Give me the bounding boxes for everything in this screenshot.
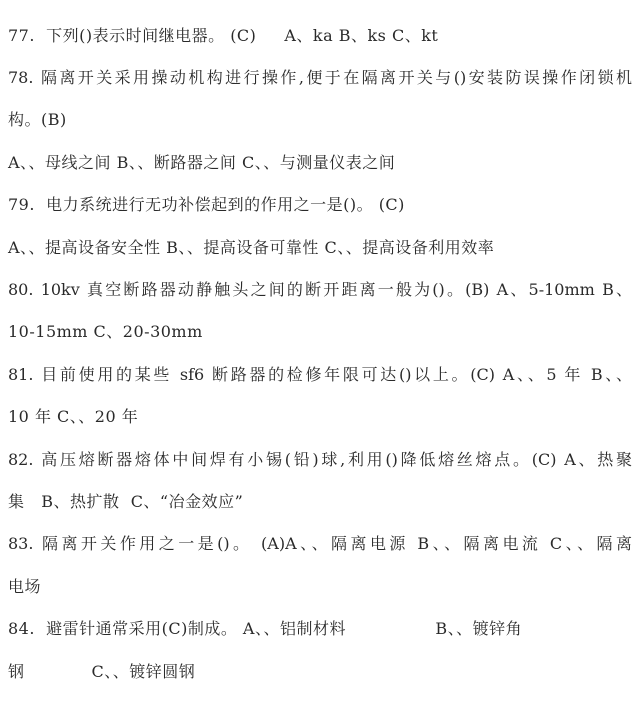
q78-options: A、、母线之间 B、、断路器之间 C、、与测量仪表之间	[8, 151, 395, 175]
q81-line-2: 10 年 C、、20 年	[8, 405, 138, 429]
document-page: 77. 下列()表示时间继电器。 (C) A、ka B、ks C、kt 78. …	[0, 0, 640, 720]
q82-line-1: 82. 高压熔断器熔体中间焊有小锡(铅)球,利用()降低熔丝熔点。(C) A、热…	[8, 448, 632, 472]
q77-line: 77. 下列()表示时间继电器。 (C) A、ka B、ks C、kt	[8, 24, 438, 48]
q79-stem: 79. 电力系统进行无功补偿起到的作用之一是()。 (C)	[8, 193, 405, 217]
q78-stem-line-2: 构。(B)	[8, 108, 67, 132]
q83-line-1: 83. 隔离开关作用之一是()。 (A)A、、隔离电源 B、、隔离电流 C、、隔…	[8, 532, 632, 556]
q79-options: A、、提高设备安全性 B、、提高设备可靠性 C、、提高设备利用效率	[8, 236, 494, 260]
q84-line-2: 钢 C、、镀锌圆钢	[8, 660, 195, 684]
q82-line-2: 集 B、热扩散 C、“冶金效应”	[8, 490, 243, 514]
q78-stem-line-1: 78. 隔离开关采用操动机构进行操作,便于在隔离开关与()安装防误操作闭锁机	[8, 66, 632, 90]
q83-line-2: 电场	[8, 575, 41, 599]
q84-line-1: 84. 避雷针通常采用(C)制成。 A、、铝制材料 B、、镀锌角	[8, 617, 522, 641]
q80-line-1: 80. 10kv 真空断路器动静触头之间的断开距离一般为()。(B) A、5-1…	[8, 278, 632, 302]
q81-line-1: 81. 目前使用的某些 sf6 断路器的检修年限可达()以上。(C) A、、5 …	[8, 363, 632, 387]
q80-line-2: 10-15mm C、20-30mm	[8, 320, 203, 344]
